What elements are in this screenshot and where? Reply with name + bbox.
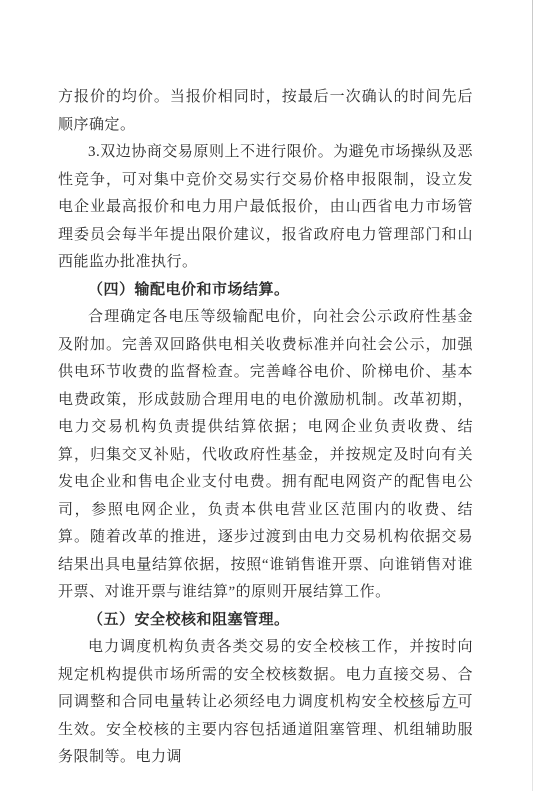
paragraph-continuation: 方报价的均价。当报价相同时，按最后一次确认的时间先后顺序确定。 — [58, 84, 473, 139]
document-text-block: 方报价的均价。当报价相同时，按最后一次确认的时间先后顺序确定。 3.双边协商交易… — [58, 84, 473, 772]
page-number: — 9 — — [408, 698, 460, 718]
section-heading-5-security-check: （五）安全校核和阻塞管理。 — [58, 607, 473, 635]
paragraph-pricing-settlement: 合理确定各电压等级输配电价，向社会公示政府性基金及附加。完善双回路供电相关收费标… — [58, 304, 473, 607]
paragraph-item-3-bilateral-trading: 3.双边协商交易原则上不进行限价。为避免市场操纵及恶性竞争，可对集中竞价交易实行… — [58, 139, 473, 277]
paper-edge-line — [532, 0, 533, 791]
section-heading-4-transmission-pricing: （四）输配电价和市场结算。 — [58, 277, 473, 305]
scanned-document-page: 方报价的均价。当报价相同时，按最后一次确认的时间先后顺序确定。 3.双边协商交易… — [0, 0, 560, 791]
